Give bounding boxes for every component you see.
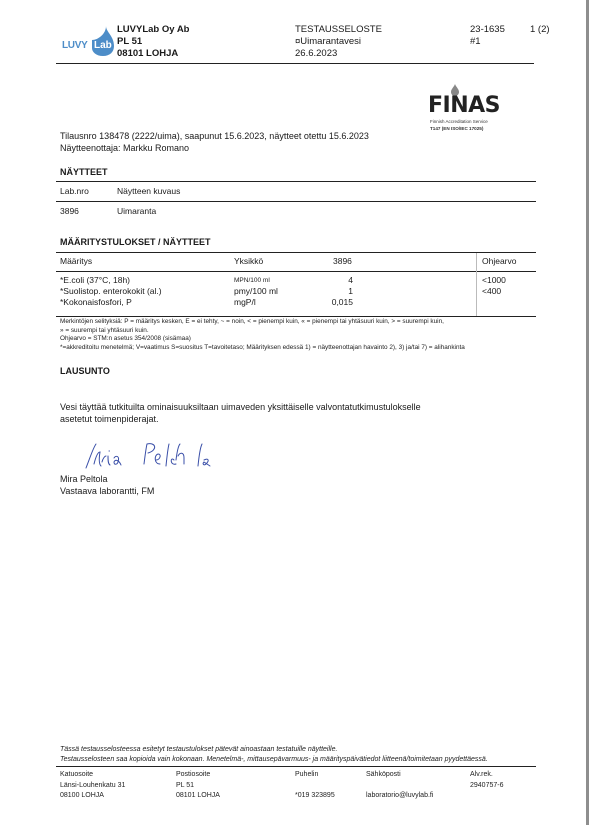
statement-line-1: Vesi täyttää tutkituilta ominaisuuksilta… (60, 402, 421, 414)
results-header-sample: 3896 (333, 256, 352, 267)
signatory-title: Vastaava laborantti, FM (60, 486, 154, 498)
footer-rule (56, 766, 536, 767)
results-header-guide: Ohjearvo (482, 256, 517, 267)
document-date: 26.6.2023 (295, 48, 382, 60)
footer-column-line: 08101 LOHJA (176, 791, 220, 802)
company-name: LUVYLab Oy Ab (117, 24, 190, 36)
footer-column: KatuosoiteLänsi-Louhenkatu 3108100 LOHJA (60, 770, 125, 802)
result-unit: mgP/l (234, 297, 256, 308)
logo-luvy-text: LUVY (62, 40, 87, 51)
email-link[interactable]: laboratorio@luvylab.fi (366, 791, 433, 802)
result-value: 1 (300, 286, 353, 297)
statement-line-2: asetetut toimenpiderajat. (60, 414, 421, 426)
results-header-unit: Yksikkö (234, 256, 263, 267)
results-title: MÄÄRITYSTULOKSET / NÄYTTEET (60, 237, 211, 247)
results-header-test: Määritys (60, 256, 92, 267)
company-address: LUVYLab Oy Ab PL 51 08101 LOHJA (117, 24, 190, 60)
document-type: TESTAUSSELOSTE (295, 24, 382, 36)
footer-column-label: Sähköposti (366, 770, 433, 781)
sample-labnro: 3896 (60, 206, 79, 217)
finas-accreditation-logo: FINAS Finnish Accreditation Service T147… (424, 84, 516, 136)
footer-column-line: 08100 LOHJA (60, 791, 125, 802)
page-number: 1 (2) (530, 24, 550, 36)
footer-column-line: Länsi-Louhenkatu 31 (60, 781, 125, 792)
finas-wordmark: FINAS (428, 93, 500, 118)
order-info: Tilausnro 138478 (2222/uima), saapunut 1… (60, 131, 369, 154)
samples-title: NÄYTTEET (60, 167, 108, 177)
results-bottom-rule (56, 316, 536, 317)
footer-column: Sähköpostilaboratorio@luvylab.fi (366, 770, 433, 802)
document-subject: ¤Uimarantavesi (295, 36, 382, 48)
report-subnumber: #1 (470, 36, 505, 48)
footer-column-label: Puhelin (295, 770, 335, 781)
footer-column: Puhelin*019 323895 (295, 770, 335, 802)
company-city: 08101 LOHJA (117, 48, 190, 60)
result-guide: <1000 (482, 275, 506, 286)
report-number-block: 23-1635 #1 (470, 24, 505, 48)
samples-header-description: Näytteen kuvaus (117, 186, 180, 197)
samples-header-labnro: Lab.nro (60, 186, 89, 197)
footer-column-line: 2940757-6 (470, 781, 503, 792)
result-value: 4 (300, 275, 353, 286)
accreditation-code: T147 (EN ISO/IEC 17025) (430, 126, 483, 131)
footer-disclaimer: Tässä testausselosteessa esitetyt testau… (60, 745, 488, 764)
header-divider (56, 63, 534, 64)
sampler: Näytteenottaja: Markku Romano (60, 143, 369, 155)
footer-column-line: PL 51 (176, 781, 220, 792)
company-po-box: PL 51 (117, 36, 190, 48)
signatory-name: Mira Peltola (60, 474, 154, 486)
footer-column-line: *019 323895 (295, 791, 335, 802)
guideline-reference: Ohjearvo = STM:n asetus 354/2008 (sisäma… (60, 335, 540, 344)
result-value: 0,015 (300, 297, 353, 308)
samples-header-rule (56, 201, 536, 202)
handwritten-signature (84, 438, 234, 474)
footer-column: Alv.rek.2940757-6 (470, 770, 503, 802)
results-header-rule (56, 271, 536, 272)
statement-title: LAUSUNTO (60, 366, 110, 376)
result-unit: MPN/100 ml (234, 275, 270, 286)
result-test: *Suolistop. enterokokit (al.) (60, 286, 162, 297)
statement-text: Vesi täyttää tutkituilta ominaisuuksilta… (60, 402, 421, 425)
footer-column-line (295, 781, 335, 792)
sample-description: Uimaranta (117, 206, 156, 217)
logo-lab-text: Lab (94, 40, 112, 51)
report-number: 23-1635 (470, 24, 505, 36)
footer-column-line (470, 791, 503, 802)
luvylab-logo: LUVY Lab (62, 22, 114, 56)
finas-subtitle: Finnish Accreditation Service (430, 119, 488, 124)
result-unit: pmy/100 ml (234, 286, 278, 297)
legend-line-2: » = suurempi tai yhtäsuuri kuin. (60, 327, 540, 336)
footer-column-label: Postiosoite (176, 770, 220, 781)
footer-column-line (366, 781, 433, 792)
legend-line-1: Merkintöjen selityksiä: P = määritys kes… (60, 318, 540, 327)
disclaimer-line-2: Testausselosteen saa kopioida vain kokon… (60, 755, 488, 765)
result-guide: <400 (482, 286, 501, 297)
document-info: TESTAUSSELOSTE ¤Uimarantavesi 26.6.2023 (295, 24, 382, 60)
footer-column: PostiosoitePL 5108101 LOHJA (176, 770, 220, 802)
result-test: *E.coli (37°C, 18h) (60, 275, 130, 286)
samples-top-rule (56, 181, 536, 182)
results-guide-separator (476, 253, 477, 316)
accreditation-note: *=akkreditoitu menetelmä; V=vaatimus S=s… (60, 344, 540, 353)
order-line: Tilausnro 138478 (2222/uima), saapunut 1… (60, 131, 369, 143)
footer-column-label: Katuosoite (60, 770, 125, 781)
legend-notes: Merkintöjen selityksiä: P = määritys kes… (60, 318, 540, 352)
disclaimer-line-1: Tässä testausselosteessa esitetyt testau… (60, 745, 488, 755)
signatory: Mira Peltola Vastaava laborantti, FM (60, 474, 154, 497)
results-top-rule (56, 252, 536, 253)
result-test: *Kokonaisfosfori, P (60, 297, 132, 308)
footer-column-label: Alv.rek. (470, 770, 503, 781)
